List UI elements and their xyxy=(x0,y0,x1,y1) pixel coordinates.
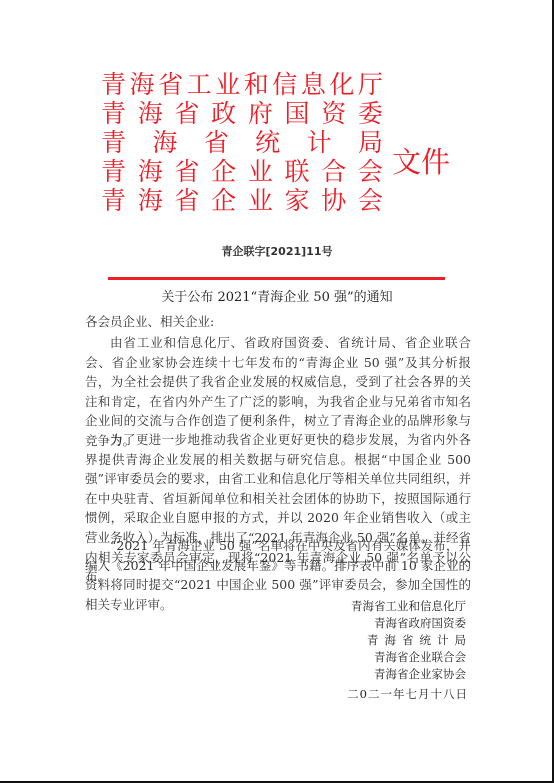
issuer-char: 政 xyxy=(211,99,236,128)
issuer-char: 和 xyxy=(244,70,269,99)
issuer-char: 海 xyxy=(130,70,155,99)
issuer-char: 合 xyxy=(321,157,346,186)
issuer-header: 青海省工业和信息化厅 青海省政府国资委 青海省统计局 青海省企业联合会 青海省企… xyxy=(101,70,383,215)
issuer-char: 化 xyxy=(329,70,354,99)
document-page: 青海省工业和信息化厅 青海省政府国资委 青海省统计局 青海省企业联合会 青海省企… xyxy=(0,0,554,783)
document-number: 青企联字[2021]11号 xyxy=(0,243,554,259)
issuer-line-4: 青海省企业联合会 xyxy=(101,157,383,186)
issuer-char: 府 xyxy=(248,99,273,128)
issuer-char: 海 xyxy=(138,186,163,215)
issuer-char: 青 xyxy=(101,186,126,215)
issuer-char: 统 xyxy=(255,128,280,157)
issuer-char: 省 xyxy=(174,99,199,128)
issuer-char: 青 xyxy=(101,99,126,128)
issuer-char: 局 xyxy=(358,128,383,157)
signature-block: 青海省工业和信息化厅 青海省政府国资委 青海省统计局 青海省企业联合会 青海省企… xyxy=(351,598,466,683)
issue-date: 二0二一年七月十八日 xyxy=(347,686,468,702)
issuer-char: 业 xyxy=(248,157,273,186)
signature-line: 青海省统计局 xyxy=(351,632,472,649)
issuer-char: 委 xyxy=(358,99,383,128)
issuer-char: 省 xyxy=(174,186,199,215)
issuer-char: 省 xyxy=(158,70,183,99)
issuer-char: 信 xyxy=(272,70,297,99)
issuer-char: 联 xyxy=(285,157,310,186)
issuer-char: 厅 xyxy=(358,70,383,99)
signature-line: 青海省政府国资委 xyxy=(351,615,466,632)
issuer-char: 家 xyxy=(285,186,310,215)
issuer-char: 计 xyxy=(307,128,332,157)
issuer-line-1: 青海省工业和信息化厅 xyxy=(101,70,383,99)
issuer-char: 青 xyxy=(101,128,126,157)
issuer-char: 企 xyxy=(211,186,236,215)
signature-line: 青海省企业联合会 xyxy=(351,649,466,666)
issuer-char: 息 xyxy=(301,70,326,99)
issuer-char: 国 xyxy=(285,99,310,128)
salutation: 各会员企业、相关企业: xyxy=(85,312,214,330)
issuer-char: 协 xyxy=(321,186,346,215)
document-label: 文件 xyxy=(392,146,450,178)
issuer-char: 会 xyxy=(358,186,383,215)
issuer-char: 企 xyxy=(211,157,236,186)
signature-line: 青海省工业和信息化厅 xyxy=(351,598,466,615)
issuer-line-3: 青海省统计局 xyxy=(101,128,383,157)
issuer-char: 海 xyxy=(138,99,163,128)
issuer-char: 青 xyxy=(101,157,126,186)
notice-title: 关于公布 2021“青海企业 50 强”的通知 xyxy=(0,286,554,305)
issuer-char: 资 xyxy=(321,99,346,128)
issuer-char: 会 xyxy=(358,157,383,186)
issuer-char: 工 xyxy=(187,70,212,99)
issuer-char: 青 xyxy=(101,70,126,99)
issuer-char: 省 xyxy=(174,157,199,186)
issuer-line-2: 青海省政府国资委 xyxy=(101,99,383,128)
red-divider xyxy=(108,277,445,280)
issuer-char: 业 xyxy=(215,70,240,99)
issuer-char: 海 xyxy=(138,157,163,186)
issuer-char: 省 xyxy=(204,128,229,157)
issuer-line-5: 青海省企业家协会 xyxy=(101,186,383,215)
signature-line: 青海省企业家协会 xyxy=(351,666,466,683)
issuer-char: 业 xyxy=(248,186,273,215)
issuer-char: 海 xyxy=(152,128,177,157)
